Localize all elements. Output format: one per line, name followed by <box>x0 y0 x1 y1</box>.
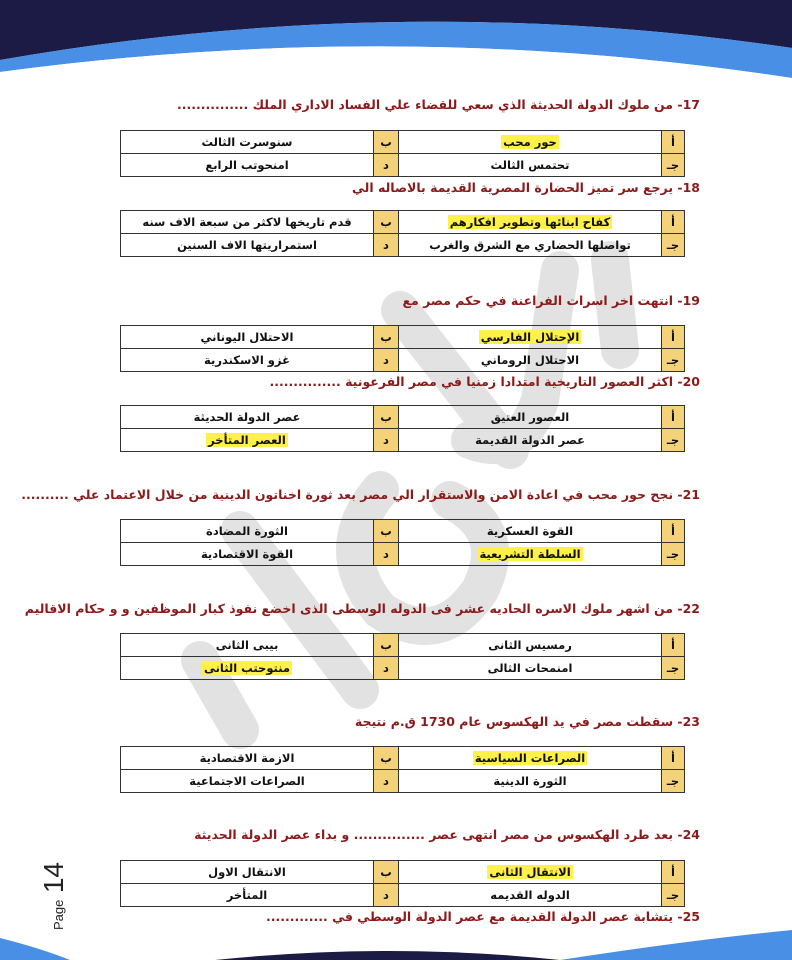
question-text: اكثر العصور التاريخية امتدادا زمنيا في م… <box>269 374 673 389</box>
option-text: القوة الاقتصادية <box>201 547 293 561</box>
option-a[interactable]: الإحتلال الفارسي <box>399 326 662 349</box>
option-text: الدوله القديمه <box>490 888 570 902</box>
option-letter-c: جـ <box>662 234 685 257</box>
header-wave-decoration <box>0 0 792 90</box>
question-number: 23- <box>677 714 700 729</box>
option-d[interactable]: المتأخر <box>121 884 374 907</box>
option-letter-a: أ <box>662 520 685 543</box>
question-17: 17- من ملوك الدولة الحديثة الذي سعي للقض… <box>177 97 700 112</box>
option-text: كفاح ابنائها وتطوير افكارهم <box>448 215 613 229</box>
question-21: 21- نجح حور محب في اعادة الامن والاستقرا… <box>21 487 700 502</box>
option-text: عصر الدولة الحديثة <box>194 410 301 424</box>
option-b[interactable]: بيبى الثانى <box>121 634 374 657</box>
question-text: من اشهر ملوك الاسره الحاديه عشر فى الدول… <box>25 601 673 616</box>
option-c[interactable]: تحتمس الثالث <box>399 154 662 177</box>
option-letter-b: ب <box>374 406 399 429</box>
question-text: سقطت مصر في يد الهكسوس عام 1730 ق.م نتيج… <box>355 714 673 729</box>
option-text: الثورة الدينية <box>493 774 566 788</box>
options-table-17: أ حور محب ب سنوسرت الثالث جـ تحتمس الثال… <box>120 130 685 177</box>
option-letter-d: د <box>374 349 399 372</box>
options-table-24: أ الانتقال الثانى ب الانتقال الاول جـ ال… <box>120 860 685 907</box>
question-text: من ملوك الدولة الحديثة الذي سعي للقضاء ع… <box>177 97 673 112</box>
option-text: قدم تاريخها لاكثر من سبعة الاف سنه <box>142 215 351 229</box>
option-letter-a: أ <box>662 634 685 657</box>
option-letter-c: جـ <box>662 543 685 566</box>
question-number: 21- <box>677 487 700 502</box>
option-letter-b: ب <box>374 747 399 770</box>
option-text: حور محب <box>501 135 559 149</box>
option-text: سنوسرت الثالث <box>201 135 292 149</box>
option-letter-b: ب <box>374 634 399 657</box>
question-number: 20- <box>677 374 700 389</box>
option-b[interactable]: عصر الدولة الحديثة <box>121 406 374 429</box>
option-d[interactable]: القوة الاقتصادية <box>121 543 374 566</box>
option-letter-d: د <box>374 770 399 793</box>
option-text: بيبى الثانى <box>216 638 279 652</box>
question-number: 17- <box>677 97 700 112</box>
option-letter-d: د <box>374 543 399 566</box>
options-table-18: أ كفاح ابنائها وتطوير افكارهم ب قدم تاري… <box>120 210 685 257</box>
option-b[interactable]: الثورة المضادة <box>121 520 374 543</box>
options-table-20: أ العصور العتيق ب عصر الدولة الحديثة جـ … <box>120 405 685 452</box>
option-text: امنحوتب الرابع <box>205 158 288 172</box>
option-text: الصراعات الاجتماعية <box>189 774 304 788</box>
option-c[interactable]: الدوله القديمه <box>399 884 662 907</box>
options-table-21: أ القوة العسكرية ب الثورة المضادة جـ الس… <box>120 519 685 566</box>
option-text: الثورة المضادة <box>206 524 288 538</box>
option-letter-d: د <box>374 234 399 257</box>
option-letter-c: جـ <box>662 429 685 452</box>
options-table-22: أ رمسيس الثانى ب بيبى الثانى جـ امنمحات … <box>120 633 685 680</box>
footer-wave-decoration <box>0 920 792 960</box>
option-letter-c: جـ <box>662 154 685 177</box>
question-number: 22- <box>677 601 700 616</box>
option-text: منتوحتب الثانى <box>202 661 292 675</box>
option-text: رمسيس الثانى <box>488 638 572 652</box>
option-letter-b: ب <box>374 326 399 349</box>
question-text: بعد طرد الهكسوس من مصر انتهى عصر .......… <box>194 827 673 842</box>
option-text: تحتمس الثالث <box>490 158 569 172</box>
option-letter-b: ب <box>374 131 399 154</box>
option-b[interactable]: الازمة الاقتصادية <box>121 747 374 770</box>
option-letter-a: أ <box>662 326 685 349</box>
option-letter-d: د <box>374 154 399 177</box>
option-letter-c: جـ <box>662 770 685 793</box>
options-table-23: أ الصراعات السياسية ب الازمة الاقتصادية … <box>120 746 685 793</box>
option-b[interactable]: سنوسرت الثالث <box>121 131 374 154</box>
question-text: يرجع سر تميز الحضارة المصرية القديمة بال… <box>352 180 673 195</box>
option-letter-d: د <box>374 657 399 680</box>
option-b[interactable]: قدم تاريخها لاكثر من سبعة الاف سنه <box>121 211 374 234</box>
option-letter-d: د <box>374 429 399 452</box>
option-letter-c: جـ <box>662 657 685 680</box>
option-d[interactable]: استمراريتها الاف السنين <box>121 234 374 257</box>
option-text: الانتقال الثانى <box>487 865 572 879</box>
option-c[interactable]: السلطة التشريعية <box>399 543 662 566</box>
option-text: غزو الاسكندرية <box>204 353 290 367</box>
option-text: الاحتلال اليوناني <box>201 330 294 344</box>
option-text: تواصلها الحضاري مع الشرق والغرب <box>429 238 631 252</box>
option-text: الانتقال الاول <box>208 865 286 879</box>
option-letter-b: ب <box>374 520 399 543</box>
option-c[interactable]: تواصلها الحضاري مع الشرق والغرب <box>399 234 662 257</box>
option-letter-a: أ <box>662 406 685 429</box>
page-number-value: 14 <box>38 862 69 893</box>
option-letter-a: أ <box>662 131 685 154</box>
option-letter-b: ب <box>374 861 399 884</box>
option-text: عصر الدولة القديمة <box>475 433 585 447</box>
option-b[interactable]: الاحتلال اليوناني <box>121 326 374 349</box>
option-c[interactable]: الاحتلال الروماني <box>399 349 662 372</box>
question-number: 19- <box>677 293 700 308</box>
question-19: 19- انتهت اخر اسرات الفراعنة في حكم مصر … <box>402 293 700 308</box>
option-letter-b: ب <box>374 211 399 234</box>
option-d[interactable]: امنحوتب الرابع <box>121 154 374 177</box>
option-text: الازمة الاقتصادية <box>200 751 295 765</box>
option-c[interactable]: امنمحات الثالى <box>399 657 662 680</box>
option-a[interactable]: الصراعات السياسية <box>399 747 662 770</box>
option-b[interactable]: الانتقال الاول <box>121 861 374 884</box>
option-letter-a: أ <box>662 861 685 884</box>
option-text: الإحتلال الفارسي <box>479 330 582 344</box>
option-d[interactable]: غزو الاسكندرية <box>121 349 374 372</box>
option-text: القوة العسكرية <box>487 524 573 538</box>
option-a[interactable]: رمسيس الثانى <box>399 634 662 657</box>
option-letter-a: أ <box>662 211 685 234</box>
option-a[interactable]: العصور العتيق <box>399 406 662 429</box>
option-c[interactable]: عصر الدولة القديمة <box>399 429 662 452</box>
option-letter-c: جـ <box>662 884 685 907</box>
question-number: 24- <box>677 827 700 842</box>
question-22: 22- من اشهر ملوك الاسره الحاديه عشر فى ا… <box>25 601 700 616</box>
option-text: المتأخر <box>227 888 267 902</box>
option-d[interactable]: الصراعات الاجتماعية <box>121 770 374 793</box>
question-23: 23- سقطت مصر في يد الهكسوس عام 1730 ق.م … <box>355 714 700 729</box>
option-text: الصراعات السياسية <box>473 751 587 765</box>
option-letter-d: د <box>374 884 399 907</box>
options-table-19: أ الإحتلال الفارسي ب الاحتلال اليوناني ج… <box>120 325 685 372</box>
option-letter-a: أ <box>662 747 685 770</box>
question-text: انتهت اخر اسرات الفراعنة في حكم مصر مع <box>402 293 673 308</box>
question-20: 20- اكثر العصور التاريخية امتدادا زمنيا … <box>269 374 700 389</box>
option-text: استمراريتها الاف السنين <box>177 238 317 252</box>
option-letter-c: جـ <box>662 349 685 372</box>
option-a[interactable]: الانتقال الثانى <box>399 861 662 884</box>
option-text: الاحتلال الروماني <box>481 353 579 367</box>
option-a[interactable]: القوة العسكرية <box>399 520 662 543</box>
question-text: نجح حور محب في اعادة الامن والاستقرار ال… <box>21 487 673 502</box>
option-text: السلطة التشريعية <box>477 547 582 561</box>
question-18: 18- يرجع سر تميز الحضارة المصرية القديمة… <box>352 180 700 195</box>
option-text: العصور العتيق <box>491 410 569 424</box>
option-text: امنمحات الثالى <box>488 661 573 675</box>
option-a[interactable]: حور محب <box>399 131 662 154</box>
option-text: العصر المتأخر <box>206 433 288 447</box>
option-d[interactable]: العصر المتأخر <box>121 429 374 452</box>
question-number: 18- <box>677 180 700 195</box>
option-c[interactable]: الثورة الدينية <box>399 770 662 793</box>
question-24: 24- بعد طرد الهكسوس من مصر انتهى عصر ...… <box>194 827 700 842</box>
option-d[interactable]: منتوحتب الثانى <box>121 657 374 680</box>
option-a[interactable]: كفاح ابنائها وتطوير افكارهم <box>399 211 662 234</box>
